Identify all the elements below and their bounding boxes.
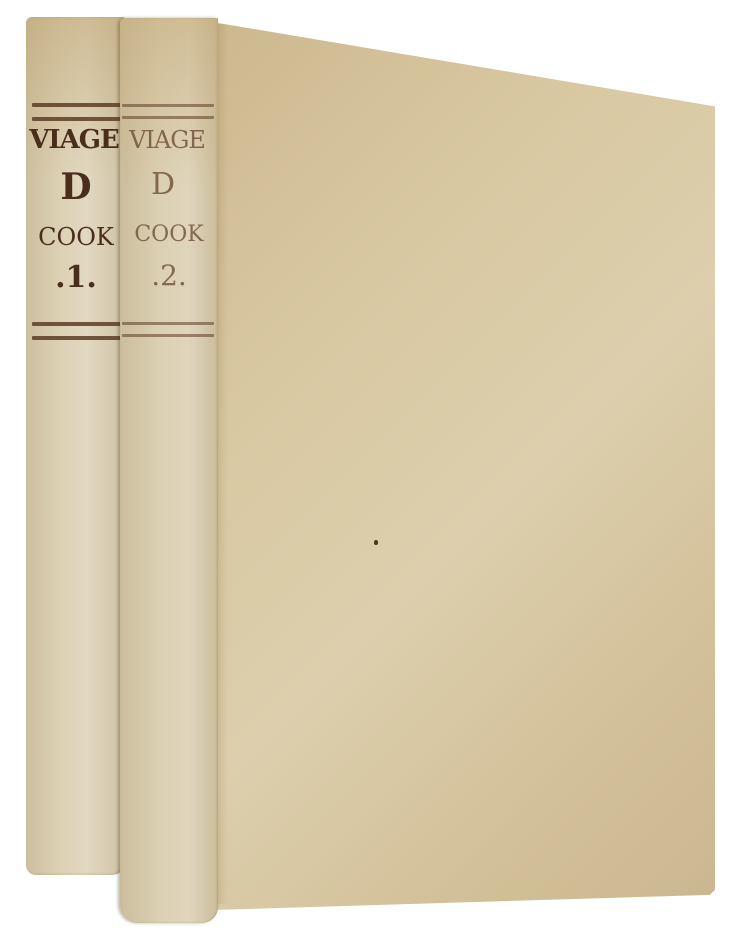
cover-blemish: [374, 540, 378, 545]
spine-title-line: VIAGE: [24, 127, 124, 153]
volume-1-spine: VIAGE D COOK .1.: [26, 17, 126, 875]
spine-rule: [32, 336, 122, 340]
spine-title-line: D: [114, 170, 212, 200]
volume-2-spine-label: VIAGE D COOK .2.: [120, 128, 218, 348]
spine-rule: [122, 116, 214, 119]
spine-rule: [32, 322, 122, 326]
spine-rule: [32, 117, 122, 121]
volume-2-spine: VIAGE D COOK .2.: [120, 18, 218, 923]
spine-rule: [122, 334, 214, 337]
book-photo: VIAGE D COOK .1. VIAGE D COOK .2.: [0, 0, 735, 950]
spine-rule: [32, 103, 122, 107]
spine-title-line: COOK: [120, 224, 218, 246]
spine-rule: [122, 322, 214, 325]
volume-1-spine-label: VIAGE D COOK .1.: [26, 127, 126, 347]
spine-title-line: COOK: [26, 225, 126, 249]
volume-number: .1.: [26, 263, 126, 293]
spine-title-line: VIAGE: [118, 128, 216, 152]
spine-title-line: D: [26, 169, 126, 205]
volume-2-front-cover: [212, 22, 715, 910]
volume-number: .2.: [120, 262, 218, 290]
spine-rule: [122, 104, 214, 107]
